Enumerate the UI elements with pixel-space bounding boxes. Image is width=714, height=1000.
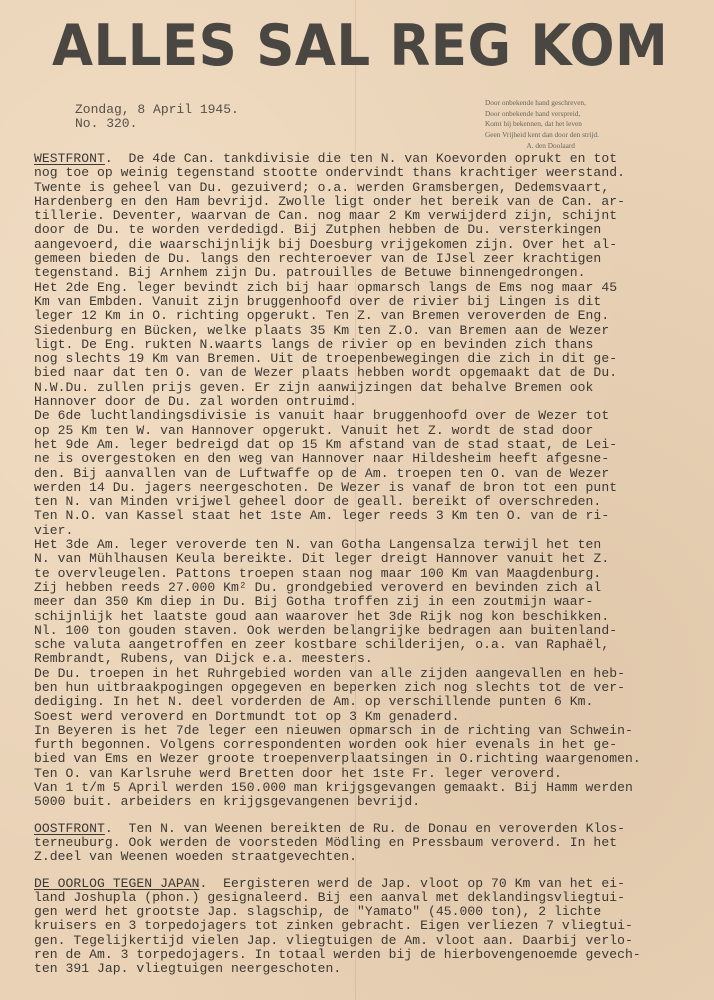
text-line: Hardenberg en den Ham bevrijd. Zwolle li…: [34, 195, 714, 209]
poem-line: Door onbekende hand verspreid,: [485, 109, 599, 120]
bulletin-body: WESTFRONT. De 4de Can. tankdivisie die t…: [34, 152, 714, 977]
text-line: gemeen bieden de Du. langs den rechteroe…: [34, 252, 714, 266]
text-line: Ten N.O. van Kassel staat het 1ste Am. l…: [34, 509, 714, 523]
text-line: Van 1 t/m 5 April werden 150.000 man kri…: [34, 781, 714, 795]
text-line: door de Du. te worden verdedigd. Bij Zut…: [34, 223, 714, 237]
text-line: meer dan 350 Km diep in Du. Bij Gotha tr…: [34, 595, 714, 609]
text-line: ten 391 Jap. vliegtuigen neergeschoten.: [34, 962, 714, 976]
text-line: ne is overgestoken en den weg van Hannov…: [34, 452, 714, 466]
poem-line: Geen Vrijheid kent dan door den strijd.: [485, 130, 599, 141]
text-line: Ten O. van Karlsruhe werd Bretten door h…: [34, 767, 714, 781]
text-line: leger 12 Km in O. richting opgerukt. Ten…: [34, 309, 714, 323]
section-first-line: WESTFRONT. De 4de Can. tankdivisie die t…: [34, 152, 714, 166]
text-line: bied van Ems en Wezer groote troepenverp…: [34, 752, 714, 766]
text-line: bied naar dat ten O. van de Wezer plaats…: [34, 366, 714, 380]
text-line: sche valuta aangetroffen en zeer kostbar…: [34, 638, 714, 652]
text-line: Nl. 100 ton gouden staven. Ook werden be…: [34, 624, 714, 638]
text-line: ten N. van Minden vrijwel geheel door de…: [34, 495, 714, 509]
text-line: ligt. De Eng. rukten N.waarts langs de r…: [34, 338, 714, 352]
poem-line: Door onbekende hand geschreven,: [485, 98, 599, 109]
section-text: . De 4de Can. tankdivisie die ten N. van…: [105, 151, 617, 166]
dateline: Zondag, 8 April 1945. No. 320.: [75, 103, 239, 131]
news-section: OOSTFRONT. Ten N. van Weenen bereikten d…: [34, 822, 714, 865]
text-line: dediging. In het N. deel vorderden de Am…: [34, 695, 714, 709]
text-line: nog slechts 19 Km van Bremen. Uit de tro…: [34, 352, 714, 366]
text-line: Twente is geheel van Du. gezuiverd; o.a.…: [34, 181, 714, 195]
text-line: Het 2de Eng. leger bevindt zich bij haar…: [34, 281, 714, 295]
section-heading: OOSTFRONT: [34, 821, 105, 836]
masthead-title: ALLES SAL REG KOM: [52, 18, 629, 75]
text-line: vier.: [34, 524, 714, 538]
text-line: schijnlijk het laatste goud aan waarover…: [34, 610, 714, 624]
section-text: . Eergisteren werd de Jap. vloot op 70 K…: [199, 876, 625, 891]
text-line: aangevoerd, die waarschijnlijk bij Doesb…: [34, 238, 714, 252]
text-line: op 25 Km ten W. van Hannover opgerukt. V…: [34, 424, 714, 438]
text-line: te overvleugelen. Pattons troepen staan …: [34, 567, 714, 581]
section-heading: WESTFRONT: [34, 151, 105, 166]
section-text: . Ten N. van Weenen bereikten de Ru. de …: [105, 821, 625, 836]
text-line: Z.deel van Weenen woeden straatgevechten…: [34, 850, 714, 864]
issue-date: Zondag, 8 April 1945.: [75, 103, 239, 117]
text-line: tillerie. Deventer, waarvan de Can. nog …: [34, 209, 714, 223]
text-line: gen werd het grootste Jap. slagschip, de…: [34, 905, 714, 919]
text-line: Hannover door de Du. zal worden ontruimd…: [34, 395, 714, 409]
motto-poem: Door onbekende hand geschreven, Door onb…: [485, 98, 599, 152]
text-line: ben hun uitbraakpogingen opgegeven en be…: [34, 681, 714, 695]
poem-line: Komt hij bekennen, dat het leven: [485, 119, 599, 130]
text-line: land Joshupla (phon.) gesignaleerd. Bij …: [34, 891, 714, 905]
text-line: gen. Tegelijkertijd vielen Jap. vliegtui…: [34, 934, 714, 948]
text-line: terneuburg. Ook werden de voorsteden Möd…: [34, 836, 714, 850]
news-section: WESTFRONT. De 4de Can. tankdivisie die t…: [34, 152, 714, 810]
text-line: In Beyeren is het 7de leger een nieuwen …: [34, 724, 714, 738]
text-line: Km van Embden. Vanuit zijn bruggenhoofd …: [34, 295, 714, 309]
text-line: Zij hebben reeds 27.000 Km² Du. grondgeb…: [34, 581, 714, 595]
text-line: Siedenburg en Bücken, welke plaats 35 Km…: [34, 324, 714, 338]
section-first-line: OOSTFRONT. Ten N. van Weenen bereikten d…: [34, 822, 714, 836]
text-line: Rembrandt, Rubens, van Dijck e.a. meeste…: [34, 652, 714, 666]
poem-author: A. den Doolaard: [485, 141, 599, 152]
news-section: DE OORLOG TEGEN JAPAN. Eergisteren werd …: [34, 877, 714, 977]
text-line: N.W.Du. zullen prijs geven. Er zijn aanw…: [34, 381, 714, 395]
section-heading: DE OORLOG TEGEN JAPAN: [34, 876, 199, 891]
text-line: werden 14 Du. jagers neergeschoten. De W…: [34, 481, 714, 495]
text-line: den. Bij aanvallen van de Luftwaffe op d…: [34, 467, 714, 481]
text-line: ren de Am. 3 torpedojagers. In totaal we…: [34, 948, 714, 962]
text-line: Soest werd veroverd en Dortmundt tot op …: [34, 710, 714, 724]
text-line: kruisers en 3 torpedojagers tot zinken g…: [34, 919, 714, 933]
text-line: 5000 buit. arbeiders en krijgsgevangenen…: [34, 795, 714, 809]
section-first-line: DE OORLOG TEGEN JAPAN. Eergisteren werd …: [34, 877, 714, 891]
text-line: nog toe op weinig tegenstand stootte ond…: [34, 166, 714, 180]
issue-number: No. 320.: [75, 117, 239, 131]
text-line: furth begonnen. Volgens correspondenten …: [34, 738, 714, 752]
text-line: De Du. troepen in het Ruhrgebied worden …: [34, 667, 714, 681]
text-line: Het 3de Am. leger veroverde ten N. van G…: [34, 538, 714, 552]
text-line: tegenstand. Bij Arnhem zijn Du. patrouil…: [34, 266, 714, 280]
text-line: De 6de luchtlandingsdivisie is vanuit ha…: [34, 409, 714, 423]
text-line: N. van Mühlhausen Keula bereikte. Dit le…: [34, 552, 714, 566]
text-line: het 9de Am. leger bedreigd dat op 15 Km …: [34, 438, 714, 452]
